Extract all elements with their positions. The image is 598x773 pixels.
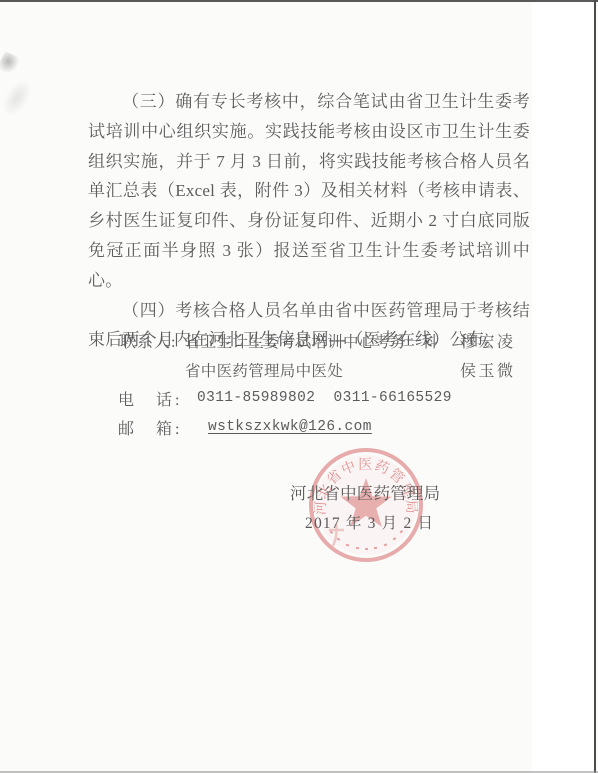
scan-smudge	[0, 75, 37, 121]
scan-edge-right	[594, 0, 596, 773]
phone-label: 电 话:	[118, 387, 182, 410]
email-label: 邮 箱:	[118, 416, 182, 439]
paragraph-item-3: （三）确有专长考核中，综合笔试由省卫生计生委考试培训中心组织实施。实践技能考核由…	[88, 87, 530, 296]
contact-name: 穆宏凌	[460, 329, 516, 352]
email-address: wstkszxkwk@126.com	[208, 419, 372, 435]
scanned-document-page: （三）确有专长考核中，综合笔试由省卫生计生委考试培训中心组织实施。实践技能考核由…	[0, 0, 598, 773]
contact-block: 联系人: 省卫生计生委考试培训中心考务一科 穆宏凌 省中医药管理局中医处 侯玉微…	[88, 326, 548, 442]
email-row: 邮 箱: wstkszxkwk@126.com	[88, 413, 548, 442]
official-red-seal: 河北省中医药管理局	[306, 444, 426, 566]
signature-organization: 河北省中医药管理局	[290, 480, 440, 504]
signature-date: 2017 年 3 月 2 日	[305, 511, 434, 533]
contact-label: 联系人:	[120, 329, 176, 352]
contact-name: 侯玉微	[460, 358, 516, 381]
scan-smudge	[0, 51, 21, 77]
document-body: （三）确有专长考核中，综合笔试由省卫生计生委考试培训中心组织实施。实践技能考核由…	[88, 87, 530, 355]
contact-org: 省中医药管理局中医处	[185, 359, 343, 381]
contact-row-1: 联系人: 省卫生计生委考试培训中心考务一科 穆宏凌	[88, 326, 548, 355]
scan-edge-top	[0, 0, 598, 2]
phone-numbers: 0311-85989802 0311-66165529	[197, 390, 452, 406]
contact-org: 省卫生计生委考试培训中心考务一科	[185, 330, 438, 352]
seal-graphic: 河北省中医药管理局	[306, 444, 426, 566]
contact-row-2: 省中医药管理局中医处 侯玉微	[88, 355, 548, 384]
phone-row: 电 话: 0311-85989802 0311-66165529	[88, 384, 548, 413]
